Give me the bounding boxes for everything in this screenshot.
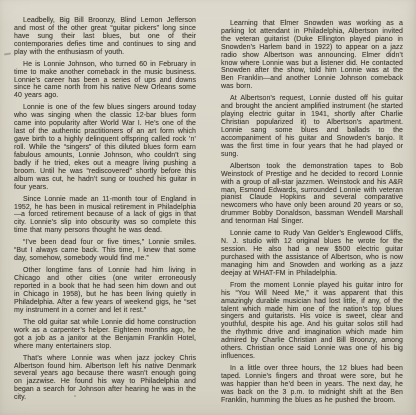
scan-artifact-speck	[74, 395, 76, 397]
paragraph: The old guitar sat while Lonnie did home…	[14, 319, 196, 351]
paragraph: That’s where Lonnie was when jazz jockey…	[14, 355, 196, 402]
paragraph: Albertson took the demonstration tapes t…	[221, 163, 403, 226]
paragraph: Lonnie came to Rudy Van Gelder’s Englewo…	[221, 230, 403, 277]
text-columns: Leadbelly, Big Bill Broonzy, Blind Lemon…	[0, 0, 416, 409]
liner-notes-page: Leadbelly, Big Bill Broonzy, Blind Lemon…	[0, 0, 416, 415]
paragraph: In a little over three hours, the 12 blu…	[221, 365, 403, 405]
paragraph: Other longtime fans of Lonnie had him li…	[14, 267, 196, 314]
right-column: Learning that Elmer Snowden was working …	[221, 17, 403, 409]
paragraph: Lonnie is one of the few blues singers a…	[14, 104, 196, 191]
paragraph: Learning that Elmer Snowden was working …	[221, 20, 403, 91]
paragraph: “I’ve been dead four or five times,” Lon…	[14, 239, 196, 263]
left-column: Leadbelly, Big Bill Broonzy, Blind Lemon…	[14, 17, 196, 409]
paragraph: Since Lonnie made an 11-month tour of En…	[14, 196, 196, 236]
paragraph: He is Lonnie Johnson, who turned 60 in F…	[14, 61, 196, 101]
paragraph: Leadbelly, Big Bill Broonzy, Blind Lemon…	[14, 17, 196, 57]
paragraph: From the moment Lonnie played his guitar…	[221, 282, 403, 361]
paragraph: At Albertson’s request, Lonnie dusted of…	[221, 95, 403, 158]
